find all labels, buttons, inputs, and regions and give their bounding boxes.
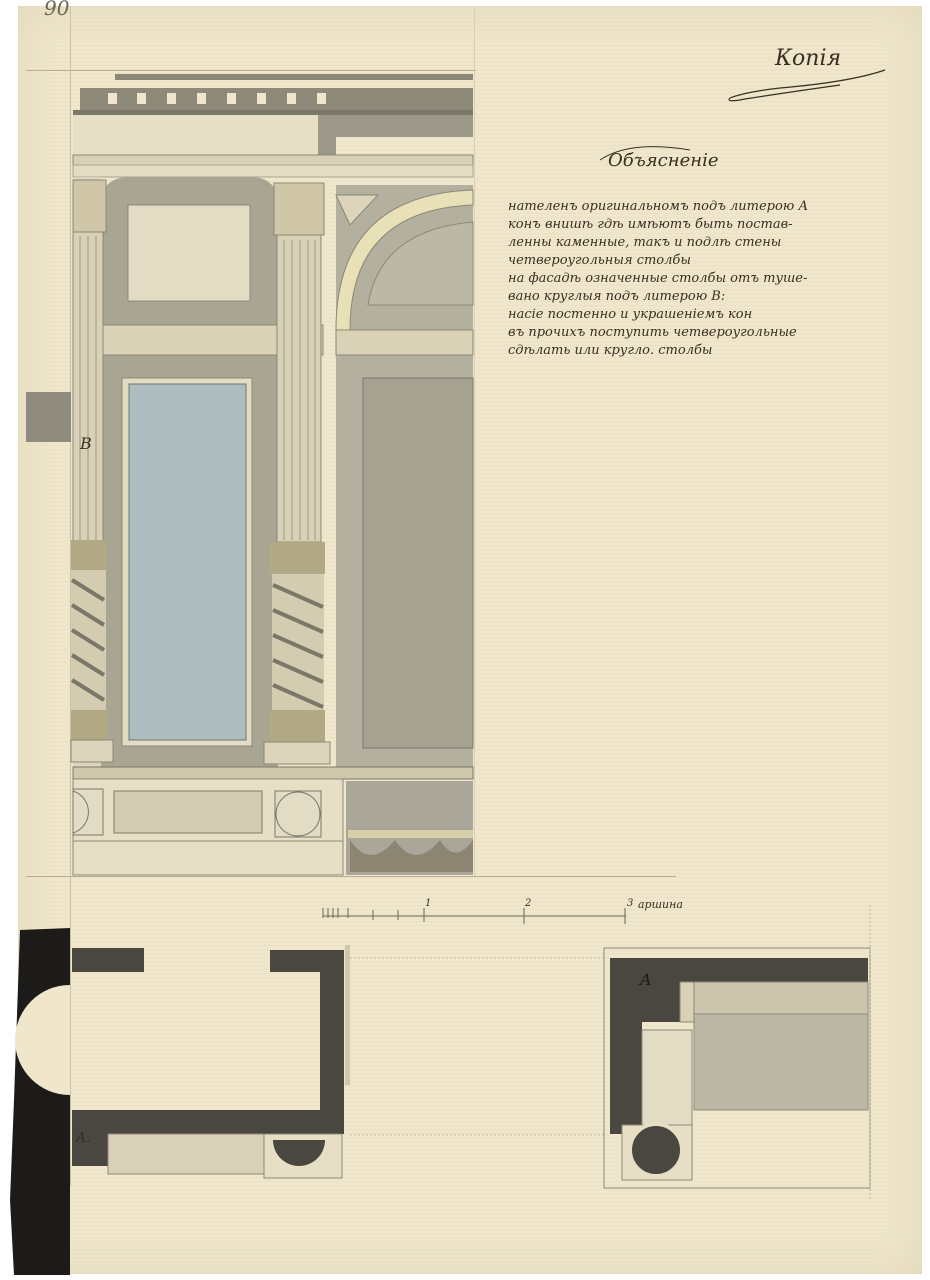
plan-label-right: A: [640, 970, 652, 989]
elevation-drawing: [0, 0, 930, 1280]
floor-plan-left: [10, 928, 350, 1275]
explanation-line: нателенъ оригинальномъ подъ литерою А: [508, 198, 928, 216]
explanation-line: насіе постенно и украшеніемъ кон: [508, 306, 928, 324]
explanation-line: сдѣлать или кругло. столбы: [508, 342, 928, 360]
explanation-title: Объясненіе: [608, 150, 719, 171]
scale-tick-1: 1: [425, 898, 431, 909]
scale-bar: [323, 908, 626, 924]
plan-label-left: A.: [76, 1130, 91, 1146]
explanation-line: въ прочихъ поступить четвероугольные: [508, 324, 928, 342]
scale-unit: аршина: [638, 898, 683, 911]
elevation-label-b: B: [80, 434, 92, 453]
explanation-line: на фасадѣ означенные столбы отъ туше-: [508, 270, 928, 288]
explanation-body: нателенъ оригинальномъ подъ литерою А ко…: [508, 198, 928, 360]
scale-tick-3: 3: [627, 898, 633, 909]
explanation-line: четвероугольныя столбы: [508, 252, 928, 270]
scale-tick-2: 2: [525, 898, 531, 909]
copy-stamp-label: Копія: [775, 46, 841, 71]
explanation-line: вано круглыя подъ литерою B:: [508, 288, 928, 306]
explanation-line: конъ внишѣ гдѣ имѣютъ быть постав-: [508, 216, 928, 234]
explanation-line: ленны каменные, такъ и подлѣ стены: [508, 234, 928, 252]
